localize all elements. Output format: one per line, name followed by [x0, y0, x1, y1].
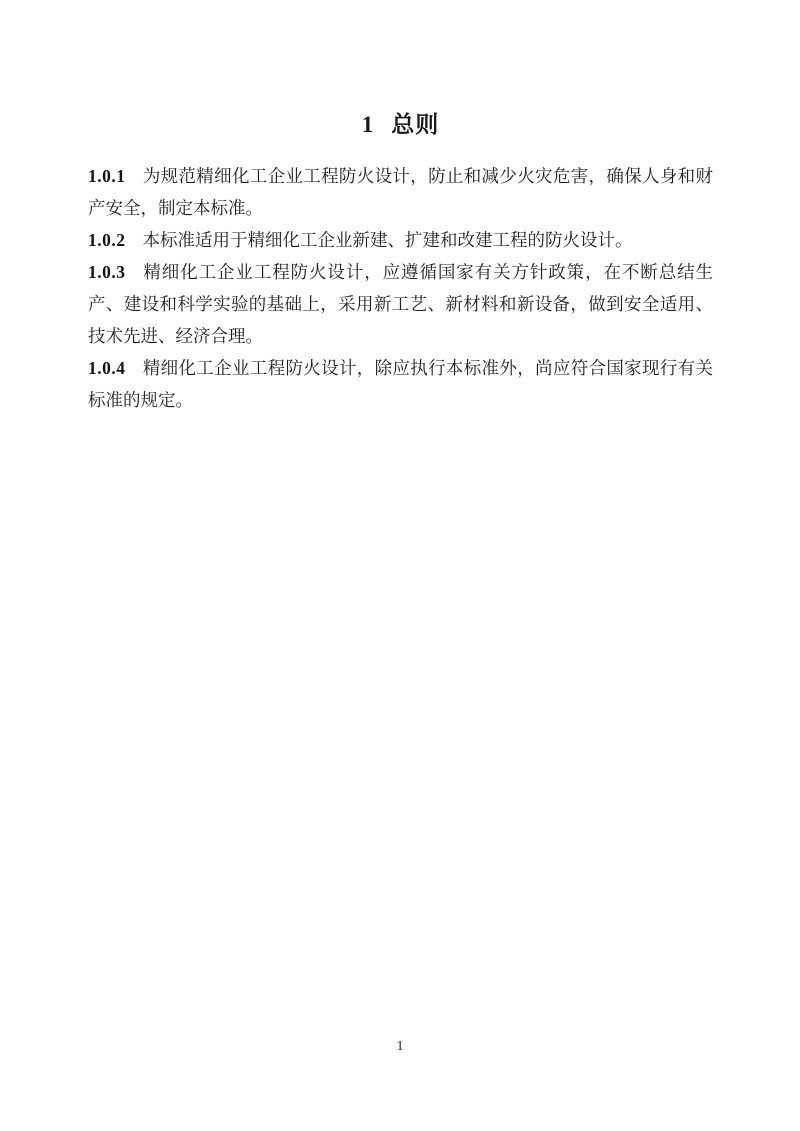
clause-1-0-1: 1.0.1为规范精细化工企业工程防火设计，防止和减少火灾危害，确保人身和财产安全…: [88, 160, 713, 224]
clause-1-0-2: 1.0.2本标准适用于精细化工企业新建、扩建和改建工程的防火设计。: [88, 224, 713, 256]
page-content: 1总则 1.0.1为规范精细化工企业工程防火设计，防止和减少火灾危害，确保人身和…: [88, 0, 713, 416]
clause-1-0-1-text: 为规范精细化工企业工程防火设计，防止和减少火灾危害，确保人身和财产安全，制定本标…: [88, 166, 713, 218]
clause-1-0-2-number: 1.0.2: [88, 230, 126, 250]
clause-1-0-3-number: 1.0.3: [88, 262, 126, 282]
chapter-name: 总则: [391, 112, 439, 137]
chapter-title: 1总则: [88, 0, 713, 140]
document-page: 1总则 1.0.1为规范精细化工企业工程防火设计，防止和减少火灾危害，确保人身和…: [0, 0, 800, 1131]
page-number: 1: [0, 1038, 800, 1056]
clause-1-0-4-number: 1.0.4: [88, 358, 126, 378]
clause-list: 1.0.1为规范精细化工企业工程防火设计，防止和减少火灾危害，确保人身和财产安全…: [88, 160, 713, 416]
clause-1-0-2-text: 本标准适用于精细化工企业新建、扩建和改建工程的防火设计。: [143, 230, 633, 250]
clause-1-0-3: 1.0.3精细化工企业工程防火设计，应遵循国家有关方针政策，在不断总结生产、建设…: [88, 256, 713, 352]
clause-1-0-4-text: 精细化工企业工程防火设计，除应执行本标准外，尚应符合国家现行有关标准的规定。: [88, 358, 713, 410]
clause-1-0-3-text: 精细化工企业工程防火设计，应遵循国家有关方针政策，在不断总结生产、建设和科学实验…: [88, 262, 713, 346]
clause-1-0-1-number: 1.0.1: [88, 166, 126, 186]
chapter-number: 1: [362, 112, 374, 137]
clause-1-0-4: 1.0.4精细化工企业工程防火设计，除应执行本标准外，尚应符合国家现行有关标准的…: [88, 352, 713, 416]
